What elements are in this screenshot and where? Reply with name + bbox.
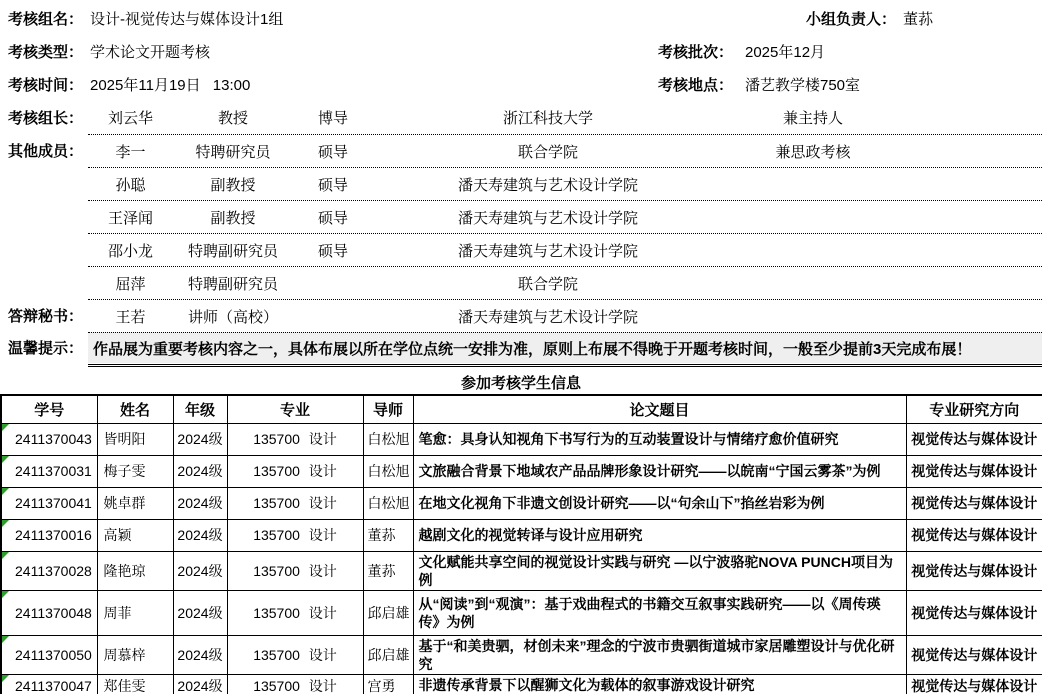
student-major-cell: 135700 设计 (227, 487, 363, 519)
committee-row: 邵小龙 特聘副研究员 硕导 潘天寿建筑与艺术设计学院 (0, 233, 1042, 266)
student-major-cell: 135700 设计 (227, 635, 363, 674)
student-name-cell: 郑佳雯 (97, 675, 173, 694)
member-title: 副教授 (173, 207, 293, 228)
student-grade-cell: 2024级 (173, 590, 227, 635)
member-title: 特聘副研究员 (173, 273, 293, 294)
member-institution: 潘天寿建筑与艺术设计学院 (373, 207, 723, 228)
committee-row-label (0, 266, 88, 299)
student-grade-cell: 2024级 (173, 675, 227, 694)
group-leader-label: 小组负责人： (806, 8, 896, 29)
student-direction-cell: 视觉传达与媒体设计 (906, 519, 1042, 551)
student-advisor-cell: 邱启雄 (363, 635, 413, 674)
student-advisor-cell: 宫勇 (363, 675, 413, 694)
tip-text: 作品展为重要考核内容之一，具体布展以所在学位点统一安排为准，原则上布展不得晚于开… (88, 332, 1042, 363)
member-mentor-type: 硕导 (293, 240, 373, 261)
student-grade-cell: 2024级 (173, 551, 227, 590)
student-grade-cell: 2024级 (173, 455, 227, 487)
member-institution: 联合学院 (373, 141, 723, 162)
cell-flag-icon (2, 424, 9, 431)
review-schedule-page: 考核组名： 设计-视觉传达与媒体设计1组 小组负责人： 董荪 考核类型： 学术论… (0, 0, 1042, 694)
student-row: 2411370031 梅子雯 2024级 135700 设计 白松旭 文旅融合背… (1, 455, 1042, 487)
committee-row: 答辩秘书： 王若 讲师（高校） 潘天寿建筑与艺术设计学院 (0, 299, 1042, 332)
student-id-cell: 2411370016 (1, 519, 97, 551)
member-title: 特聘研究员 (173, 141, 293, 162)
col-header-direction: 专业研究方向 (906, 395, 1042, 423)
member-name: 李一 (88, 141, 173, 162)
student-advisor-cell: 白松旭 (363, 487, 413, 519)
student-name-cell: 姚卓群 (97, 487, 173, 519)
member-name: 刘云华 (88, 107, 173, 128)
student-name-cell: 梅子雯 (97, 455, 173, 487)
student-major-cell: 135700 设计 (227, 519, 363, 551)
student-thesis-cell: 非遗传承背景下以醒狮文化为载体的叙事游戏设计研究 (413, 675, 906, 694)
member-role: 兼思政考核 (723, 141, 903, 162)
student-direction-cell: 视觉传达与媒体设计 (906, 675, 1042, 694)
student-row: 2411370047 郑佳雯 2024级 135700 设计 宫勇 非遗传承背景… (1, 675, 1042, 694)
tip-label: 温馨提示： (0, 332, 88, 363)
review-group-name-label: 考核组名： (8, 8, 83, 29)
committee-row: 屈萍 特聘副研究员 联合学院 (0, 266, 1042, 299)
student-advisor-cell: 董荪 (363, 551, 413, 590)
member-title: 教授 (173, 107, 293, 128)
student-thesis-cell: 越剧文化的视觉转译与设计应用研究 (413, 519, 906, 551)
student-row: 2411370016 高颖 2024级 135700 设计 董荪 越剧文化的视觉… (1, 519, 1042, 551)
committee-row: 王泽闻 副教授 硕导 潘天寿建筑与艺术设计学院 (0, 200, 1042, 233)
member-title: 副教授 (173, 174, 293, 195)
student-advisor-cell: 白松旭 (363, 455, 413, 487)
student-advisor-cell: 白松旭 (363, 423, 413, 455)
double-rule-divider (88, 364, 1042, 367)
student-name-cell: 高颖 (97, 519, 173, 551)
member-name: 王若 (88, 306, 173, 327)
student-major-cell: 135700 设计 (227, 675, 363, 694)
student-thesis-cell: 在地文化视角下非遗文创设计研究——以“句余山下”掐丝岩彩为例 (413, 487, 906, 519)
member-name: 孙聪 (88, 174, 173, 195)
committee-row: 考核组长： 刘云华 教授 博导 浙江科技大学 兼主持人 (0, 101, 1042, 134)
committee-row-label: 答辩秘书： (0, 299, 88, 332)
student-id-cell: 2411370043 (1, 423, 97, 455)
review-group-name-value: 设计-视觉传达与媒体设计1组 (90, 8, 283, 29)
student-grade-cell: 2024级 (173, 423, 227, 455)
col-header-major: 专业 (227, 395, 363, 423)
student-major-cell: 135700 设计 (227, 455, 363, 487)
committee-row: 孙聪 副教授 硕导 潘天寿建筑与艺术设计学院 (0, 167, 1042, 200)
member-institution: 联合学院 (373, 273, 723, 294)
member-name: 屈萍 (88, 273, 173, 294)
member-institution: 潘天寿建筑与艺术设计学院 (373, 306, 723, 327)
students-table: 学号 姓名 年级 专业 导师 论文题目 专业研究方向 2411370043 皆明… (0, 394, 1042, 694)
cell-flag-icon (2, 456, 9, 463)
col-header-student-id: 学号 (1, 395, 97, 423)
students-header-row: 学号 姓名 年级 专业 导师 论文题目 专业研究方向 (1, 395, 1042, 423)
student-thesis-cell: 文旅融合背景下地域农产品品牌形象设计研究——以皖南“宁国云雾茶”为例 (413, 455, 906, 487)
student-id-cell: 2411370050 (1, 635, 97, 674)
review-time-value: 2025年11月19日 13:00 (90, 74, 250, 95)
group-leader-value: 董荪 (903, 8, 933, 29)
student-thesis-cell: 从“阅读”到“观演”：基于戏曲程式的书籍交互叙事实践研究——以《周传瑛传》为例 (413, 590, 906, 635)
student-direction-cell: 视觉传达与媒体设计 (906, 423, 1042, 455)
student-direction-cell: 视觉传达与媒体设计 (906, 590, 1042, 635)
student-direction-cell: 视觉传达与媒体设计 (906, 455, 1042, 487)
cell-flag-icon (2, 552, 9, 559)
student-direction-cell: 视觉传达与媒体设计 (906, 551, 1042, 590)
cell-flag-icon (2, 636, 9, 643)
member-mentor-type: 博导 (293, 107, 373, 128)
student-name-cell: 周慕梓 (97, 635, 173, 674)
student-grade-cell: 2024级 (173, 635, 227, 674)
committee-row-label (0, 200, 88, 233)
student-thesis-cell: 文化赋能共享空间的视觉设计实践与研究 —以宁波骆驼NOVA PUNCH项目为例 (413, 551, 906, 590)
review-location-value: 潘艺教学楼750室 (745, 74, 860, 95)
committee-row-label: 其他成员： (0, 134, 88, 167)
member-name: 王泽闻 (88, 207, 173, 228)
student-row: 2411370050 周慕梓 2024级 135700 设计 邱启雄 基于“和美… (1, 635, 1042, 674)
student-name-cell: 周菲 (97, 590, 173, 635)
student-row: 2411370041 姚卓群 2024级 135700 设计 白松旭 在地文化视… (1, 487, 1042, 519)
student-id-cell: 2411370031 (1, 455, 97, 487)
cell-flag-icon (2, 520, 9, 527)
member-mentor-type: 硕导 (293, 141, 373, 162)
tip-row: 温馨提示： 作品展为重要考核内容之一，具体布展以所在学位点统一安排为准，原则上布… (0, 332, 1042, 363)
review-batch-value: 2025年12月 (745, 41, 825, 62)
review-type-label: 考核类型： (8, 41, 83, 62)
member-institution: 浙江科技大学 (373, 107, 723, 128)
member-title: 讲师（高校） (173, 306, 293, 327)
committee-row: 其他成员： 李一 特聘研究员 硕导 联合学院 兼思政考核 (0, 134, 1042, 167)
committee-row-label: 考核组长： (0, 101, 88, 134)
student-id-cell: 2411370041 (1, 487, 97, 519)
student-row: 2411370043 皆明阳 2024级 135700 设计 白松旭 笔愈：具身… (1, 423, 1042, 455)
student-advisor-cell: 邱启雄 (363, 590, 413, 635)
student-grade-cell: 2024级 (173, 487, 227, 519)
student-id-cell: 2411370048 (1, 590, 97, 635)
student-thesis-cell: 基于“和美贵驷，材创未来”理念的宁波市贵驷街道城市家居雕塑设计与优化研究 (413, 635, 906, 674)
student-major-cell: 135700 设计 (227, 590, 363, 635)
student-direction-cell: 视觉传达与媒体设计 (906, 635, 1042, 674)
student-thesis-cell: 笔愈：具身认知视角下书写行为的互动装置设计与情绪疗愈价值研究 (413, 423, 906, 455)
member-mentor-type: 硕导 (293, 207, 373, 228)
student-row: 2411370048 周菲 2024级 135700 设计 邱启雄 从“阅读”到… (1, 590, 1042, 635)
review-type-value: 学术论文开题考核 (90, 41, 210, 62)
col-header-advisor: 导师 (363, 395, 413, 423)
student-grade-cell: 2024级 (173, 519, 227, 551)
student-major-cell: 135700 设计 (227, 423, 363, 455)
committee-row-label (0, 233, 88, 266)
review-batch-label: 考核批次： (658, 41, 733, 62)
member-institution: 潘天寿建筑与艺术设计学院 (373, 240, 723, 261)
col-header-thesis: 论文题目 (413, 395, 906, 423)
student-row: 2411370028 隆艳琼 2024级 135700 设计 董荪 文化赋能共享… (1, 551, 1042, 590)
student-name-cell: 隆艳琼 (97, 551, 173, 590)
student-major-cell: 135700 设计 (227, 551, 363, 590)
cell-flag-icon (2, 675, 9, 682)
student-id-cell: 2411370047 (1, 675, 97, 694)
student-direction-cell: 视觉传达与媒体设计 (906, 487, 1042, 519)
member-mentor-type: 硕导 (293, 174, 373, 195)
cell-flag-icon (2, 591, 9, 598)
member-name: 邵小龙 (88, 240, 173, 261)
member-role: 兼主持人 (723, 107, 903, 128)
review-time-label: 考核时间： (8, 74, 83, 95)
col-header-grade: 年级 (173, 395, 227, 423)
student-name-cell: 皆明阳 (97, 423, 173, 455)
students-table-title: 参加考核学生信息 (0, 372, 1042, 393)
committee-section: 考核组长： 刘云华 教授 博导 浙江科技大学 兼主持人 其他成员： 李一 特聘研… (0, 101, 1042, 332)
cell-flag-icon (2, 488, 9, 495)
col-header-name: 姓名 (97, 395, 173, 423)
student-advisor-cell: 董荪 (363, 519, 413, 551)
student-id-cell: 2411370028 (1, 551, 97, 590)
member-title: 特聘副研究员 (173, 240, 293, 261)
member-institution: 潘天寿建筑与艺术设计学院 (373, 174, 723, 195)
review-location-label: 考核地点： (658, 74, 733, 95)
committee-row-label (0, 167, 88, 200)
